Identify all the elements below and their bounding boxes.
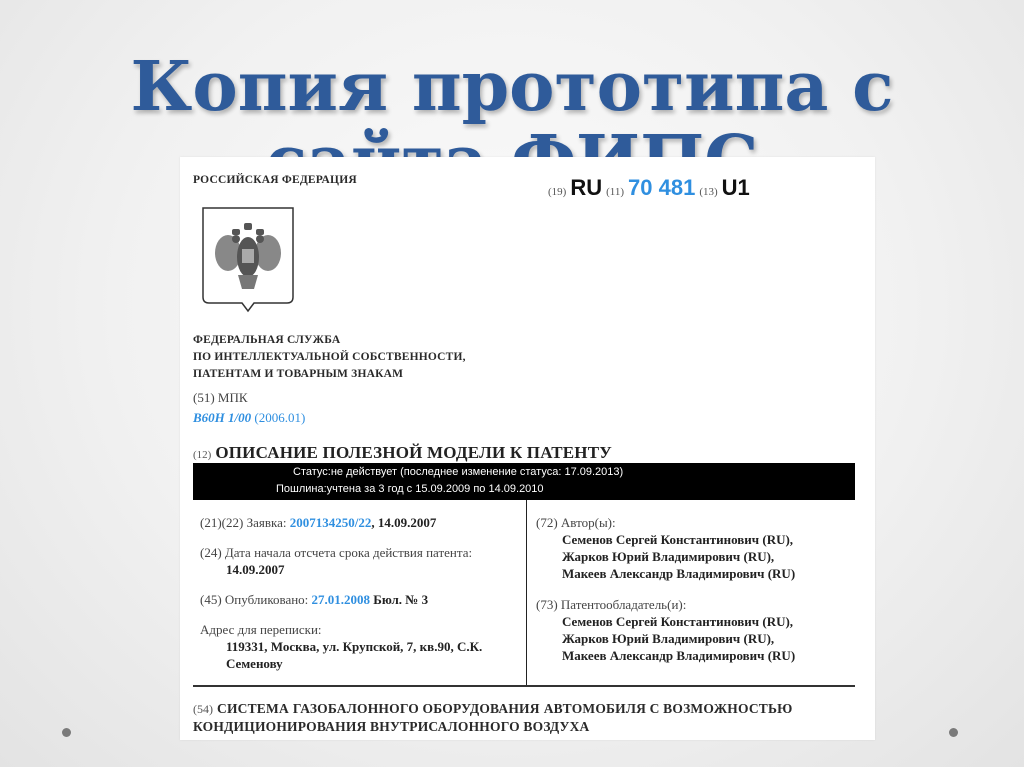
owners-label: (73) Патентообладатель(и):: [536, 597, 686, 613]
highlighted-term: ГАЗОБАЛОННОГО ОБОРУДОВАНИЯ: [293, 701, 540, 716]
country-heading: РОССИЙСКАЯ ФЕДЕРАЦИЯ: [193, 174, 357, 186]
agency-line-2: ПО ИНТЕЛЛЕКТУАЛЬНОЙ СОБСТВЕННОСТИ,: [193, 351, 466, 363]
application-number-link[interactable]: 2007134250/22: [290, 515, 372, 530]
patent-id-block: (19) RU (11) 70 481 (13) U1: [548, 175, 750, 201]
term-start-date: 14.09.2007: [226, 562, 285, 578]
author-3: Макеев Александр Владимирович (RU): [562, 566, 795, 582]
bullet-dot-left: [62, 728, 71, 737]
owner-3: Макеев Александр Владимирович (RU): [562, 648, 795, 664]
author-1: Семенов Сергей Константинович (RU),: [562, 532, 793, 548]
ipc-label: (51) МПК: [193, 390, 248, 406]
authors-label: (72) Автор(ы):: [536, 515, 616, 531]
coat-of-arms-icon: [200, 205, 296, 315]
utility-model-title-line-2: КОНДИЦИОНИРОВАНИЯ ВНУТРИСАЛОННОГО ВОЗДУХ…: [193, 719, 590, 735]
address-line-2: Семенову: [226, 656, 283, 672]
table-bottom-border: [193, 685, 855, 687]
status-text: Статус:не действует (последнее изменение…: [293, 466, 623, 478]
published-row: (45) Опубликовано: 27.01.2008 Бюл. № 3: [200, 592, 428, 608]
published-date-link[interactable]: 27.01.2008: [312, 592, 371, 607]
country-code: RU: [570, 175, 602, 200]
column-divider: [526, 500, 527, 686]
status-bar: Статус:не действует (последнее изменение…: [193, 463, 855, 500]
owner-2: Жарков Юрий Владимирович (RU),: [562, 631, 774, 647]
owner-1: Семенов Сергей Константинович (RU),: [562, 614, 793, 630]
fee-text: Пошлина:учтена за 3 год с 15.09.2009 по …: [276, 483, 544, 495]
document-type-heading: (12) ОПИСАНИЕ ПОЛЕЗНОЙ МОДЕЛИ К ПАТЕНТУ: [193, 443, 612, 463]
address-line-1: 119331, Москва, ул. Крупской, 7, кв.90, …: [226, 639, 482, 655]
agency-line-1: ФЕДЕРАЛЬНАЯ СЛУЖБА: [193, 334, 340, 346]
agency-line-3: ПАТЕНТАМ И ТОВАРНЫМ ЗНАКАМ: [193, 368, 403, 380]
ipc-code-link[interactable]: B60H 1/00: [193, 410, 251, 425]
patent-document-image: РОССИЙСКАЯ ФЕДЕРАЦИЯ (19) RU (11) 70 481…: [180, 157, 875, 740]
author-2: Жарков Юрий Владимирович (RU),: [562, 549, 774, 565]
bullet-dot-right: [949, 728, 958, 737]
term-start-label: (24) Дата начала отсчета срока действия …: [200, 545, 472, 561]
utility-model-title: (54) СИСТЕМА ГАЗОБАЛОННОГО ОБОРУДОВАНИЯ …: [193, 700, 793, 718]
address-label: Адрес для переписки:: [200, 622, 322, 638]
patent-number[interactable]: 70 481: [628, 175, 695, 200]
slide-title-line-1: Копия прототипа с: [0, 50, 1024, 124]
application-row: (21)(22) Заявка: 2007134250/22, 14.09.20…: [200, 515, 436, 531]
kind-code: U1: [722, 175, 750, 200]
ipc-classification: B60H 1/00 (2006.01): [193, 410, 305, 426]
